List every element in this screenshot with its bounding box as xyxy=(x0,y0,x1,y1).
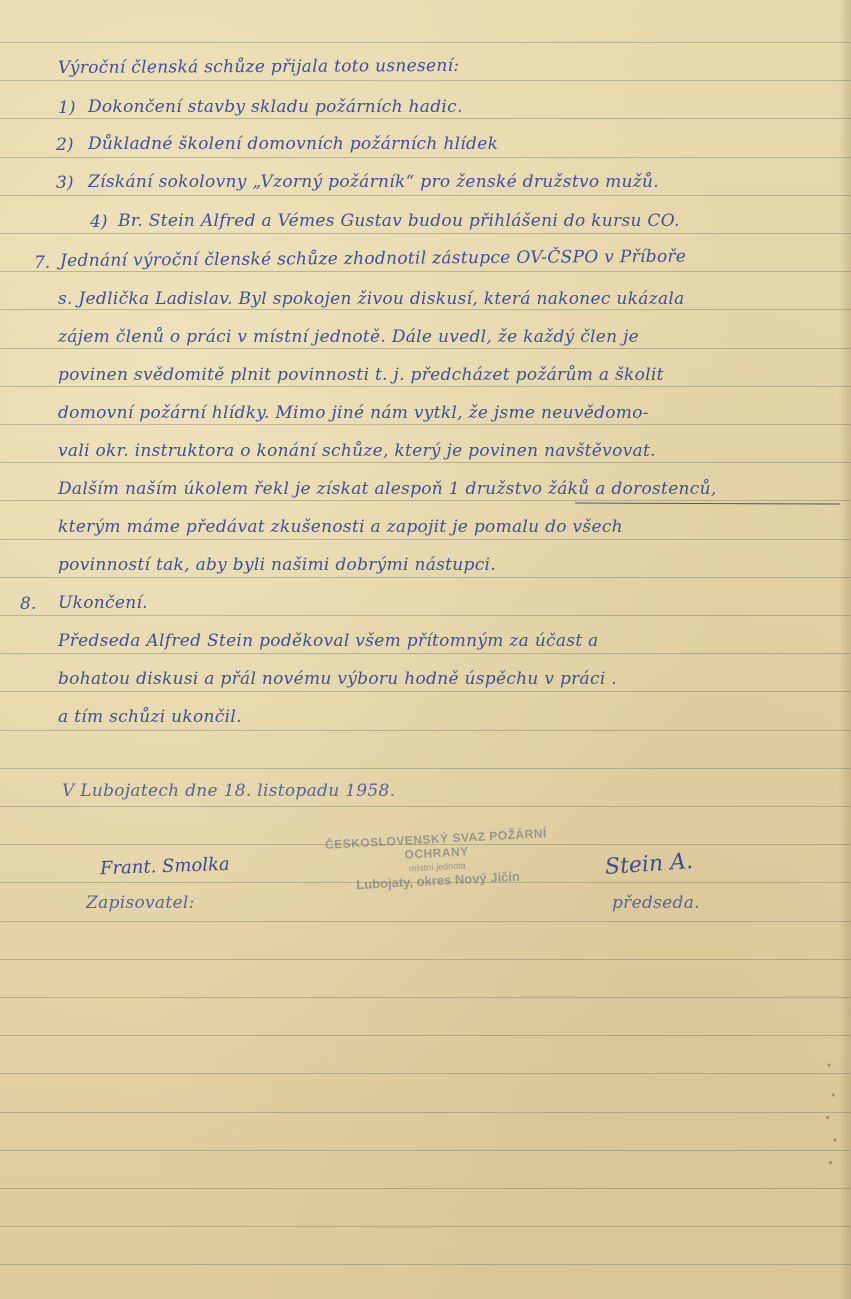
ruled-line xyxy=(0,1264,851,1265)
ruled-line xyxy=(0,118,851,119)
point-7-line-7: Dalším naším úkolem řekl je získat alesp… xyxy=(58,479,717,499)
ruled-line xyxy=(0,997,851,998)
ruled-line xyxy=(0,653,851,654)
ruled-line xyxy=(0,1112,851,1113)
point-8-line-3: bohatou diskusi a přál novému výboru hod… xyxy=(58,669,617,689)
place-date: V Lubojatech dne 18. listopadu 1958. xyxy=(62,781,395,801)
ruled-line xyxy=(0,615,851,616)
paper-specks xyxy=(817,1050,847,1200)
ruled-line xyxy=(0,1073,851,1074)
ruled-line xyxy=(0,1188,851,1189)
chair-signature: Stein A. xyxy=(604,849,694,880)
point-7-line-1: Jednání výroční členské schůze zhodnotil… xyxy=(60,247,686,271)
ruled-line xyxy=(0,157,851,158)
organization-stamp: ČESKOSLOVENSKÝ SVAZ POŽÁRNÍ OCHRANY míst… xyxy=(311,825,564,894)
ruled-line xyxy=(0,921,851,922)
recorder-signature: Frant. Smolka xyxy=(100,854,230,880)
ruled-line xyxy=(0,1226,851,1227)
point-7-line-6: vali okr. instruktora o konání schůze, k… xyxy=(58,441,656,461)
ruled-line xyxy=(0,959,851,960)
point-8-line-4: a tím schůzi ukončil. xyxy=(58,707,242,727)
section-number-8: 8. xyxy=(20,594,36,614)
resolution-item-2: Důkladné školení domovních požárních hlí… xyxy=(88,134,498,154)
ruled-line xyxy=(0,309,851,310)
ruled-line xyxy=(0,80,851,81)
point-7-line-8: kterým máme předávat zkušenosti a zapoji… xyxy=(58,517,623,537)
ruled-line xyxy=(0,233,851,234)
ruled-line xyxy=(0,806,851,807)
item-marker: 2) xyxy=(56,135,73,155)
item-marker: 1) xyxy=(58,98,75,118)
ruled-line xyxy=(0,424,851,425)
point-7-line-4: povinen svědomitě plnit povinnosti t. j.… xyxy=(58,365,664,385)
point-7-line-3: zájem členů o práci v místní jednotě. Dá… xyxy=(58,327,639,347)
ruled-line xyxy=(0,577,851,578)
ruled-line xyxy=(0,539,851,540)
recorder-role: Zapisovatel: xyxy=(86,893,195,913)
document-page: Výroční členská schůze přijala toto usne… xyxy=(0,0,851,1299)
ruled-line xyxy=(0,386,851,387)
item-marker: 4) xyxy=(90,212,107,232)
ruled-line xyxy=(0,271,851,272)
chair-role: předseda. xyxy=(612,893,700,913)
point-8-line-1: Ukončení. xyxy=(58,593,148,613)
underline-mark xyxy=(575,503,840,505)
point-7-line-5: domovní požární hlídky. Mimo jiné nám vy… xyxy=(58,403,649,423)
ruled-line xyxy=(0,768,851,769)
ruled-line xyxy=(0,730,851,731)
point-7-line-9: povinností tak, aby byli našimi dobrými … xyxy=(58,555,496,575)
ruled-line xyxy=(0,500,851,501)
resolution-item-3: Získání sokolovny „Vzorný požárník“ pro … xyxy=(88,172,659,192)
ruled-line xyxy=(0,1150,851,1151)
ruled-line xyxy=(0,42,851,43)
ruled-line xyxy=(0,348,851,349)
point-8-line-2: Předseda Alfred Stein poděkoval všem pří… xyxy=(58,631,599,651)
resolution-item-1: Dokončení stavby skladu požárních hadic. xyxy=(88,97,463,117)
item-marker: 3) xyxy=(56,173,73,193)
ruled-line xyxy=(0,462,851,463)
ruled-line xyxy=(0,1035,851,1036)
ruled-line xyxy=(0,195,851,196)
point-7-line-2: s. Jedlička Ladislav. Byl spokojen živou… xyxy=(58,289,685,309)
section-number-7: 7. xyxy=(34,253,50,273)
ruled-line xyxy=(0,691,851,692)
resolution-item-4: Br. Stein Alfred a Vémes Gustav budou př… xyxy=(118,211,680,231)
resolution-intro: Výroční členská schůze přijala toto usne… xyxy=(58,56,460,78)
